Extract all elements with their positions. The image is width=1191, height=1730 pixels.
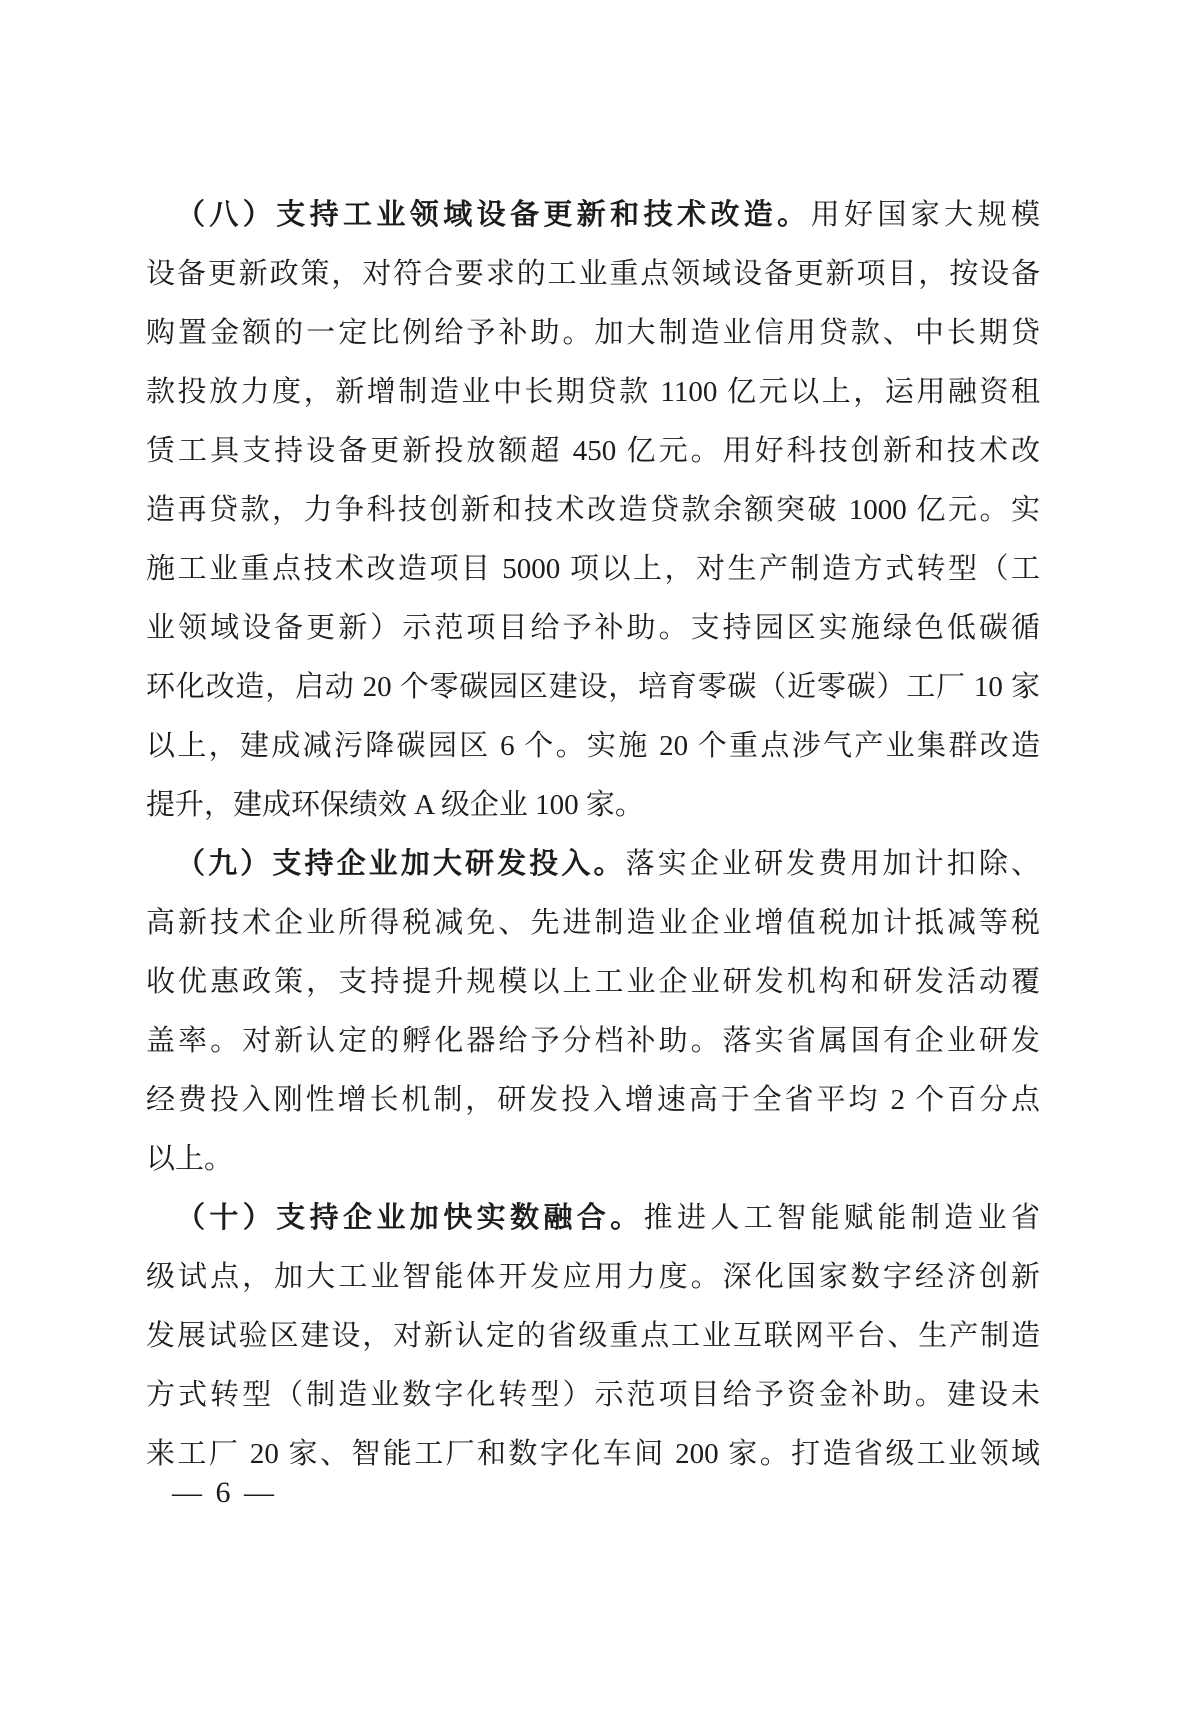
- text-line: 造再贷款，力争科技创新和技术改造贷款余额突破 1000 亿元。实: [146, 481, 1040, 540]
- text-line: 业领域设备更新）示范项目给予补助。支持园区实施绿色低碳循: [146, 599, 1040, 658]
- paragraph-10-heading: （十）支持企业加快实数融合。: [176, 1202, 644, 1234]
- paragraph-9-first-line-text: 落实企业研发费用加计扣除、: [626, 848, 1040, 880]
- paragraph-9-heading: （九）支持企业加大研发投入。: [176, 848, 626, 880]
- text-line: 设备更新政策，对符合要求的工业重点领域设备更新项目，按设备: [146, 245, 1040, 304]
- text-line: 环化改造，启动 20 个零碳园区建设，培育零碳（近零碳）工厂 10 家: [146, 658, 1040, 717]
- text-line: 经费投入刚性增长机制，研发投入增速高于全省平均 2 个百分点: [146, 1071, 1040, 1130]
- text-line: 级试点，加大工业智能体开发应用力度。深化国家数字经济创新: [146, 1248, 1040, 1307]
- text-line: 提升，建成环保绩效 A 级企业 100 家。: [146, 776, 1040, 835]
- paragraph-10-first-line-text: 推进人工智能赋能制造业省: [644, 1202, 1040, 1234]
- paragraph-10: （十）支持企业加快实数融合。推进人工智能赋能制造业省 级试点，加大工业智能体开发…: [146, 1189, 1040, 1484]
- text-line: （九）支持企业加大研发投入。落实企业研发费用加计扣除、: [146, 835, 1040, 894]
- paragraph-8-heading: （八）支持工业领域设备更新和技术改造。: [176, 199, 811, 231]
- text-line: 施工业重点技术改造项目 5000 项以上，对生产制造方式转型（工: [146, 540, 1040, 599]
- paragraph-8: （八）支持工业领域设备更新和技术改造。用好国家大规模 设备更新政策，对符合要求的…: [146, 186, 1040, 835]
- text-line: （八）支持工业领域设备更新和技术改造。用好国家大规模: [146, 186, 1040, 245]
- text-block: （八）支持工业领域设备更新和技术改造。用好国家大规模 设备更新政策，对符合要求的…: [146, 186, 1040, 1484]
- text-line: 收优惠政策，支持提升规模以上工业企业研发机构和研发活动覆: [146, 953, 1040, 1012]
- text-line: 以上，建成减污降碳园区 6 个。实施 20 个重点涉气产业集群改造: [146, 717, 1040, 776]
- text-line: 发展试验区建设，对新认定的省级重点工业互联网平台、生产制造: [146, 1307, 1040, 1366]
- page-number: — 6 —: [172, 1476, 277, 1510]
- text-line: 购置金额的一定比例给予补助。加大制造业信用贷款、中长期贷: [146, 304, 1040, 363]
- text-line: 来工厂 20 家、智能工厂和数字化车间 200 家。打造省级工业领域: [146, 1425, 1040, 1484]
- text-line: 方式转型（制造业数字化转型）示范项目给予资金补助。建设未: [146, 1366, 1040, 1425]
- text-line: 以上。: [146, 1130, 1040, 1189]
- text-line: 高新技术企业所得税减免、先进制造业企业增值税加计抵减等税: [146, 894, 1040, 953]
- text-line: 盖率。对新认定的孵化器给予分档补助。落实省属国有企业研发: [146, 1012, 1040, 1071]
- paragraph-8-first-line-text: 用好国家大规模: [811, 199, 1040, 231]
- text-line: （十）支持企业加快实数融合。推进人工智能赋能制造业省: [146, 1189, 1040, 1248]
- document-page: （八）支持工业领域设备更新和技术改造。用好国家大规模 设备更新政策，对符合要求的…: [0, 0, 1191, 1730]
- paragraph-9: （九）支持企业加大研发投入。落实企业研发费用加计扣除、 高新技术企业所得税减免、…: [146, 835, 1040, 1189]
- text-line: 赁工具支持设备更新投放额超 450 亿元。用好科技创新和技术改: [146, 422, 1040, 481]
- text-line: 款投放力度，新增制造业中长期贷款 1100 亿元以上，运用融资租: [146, 363, 1040, 422]
